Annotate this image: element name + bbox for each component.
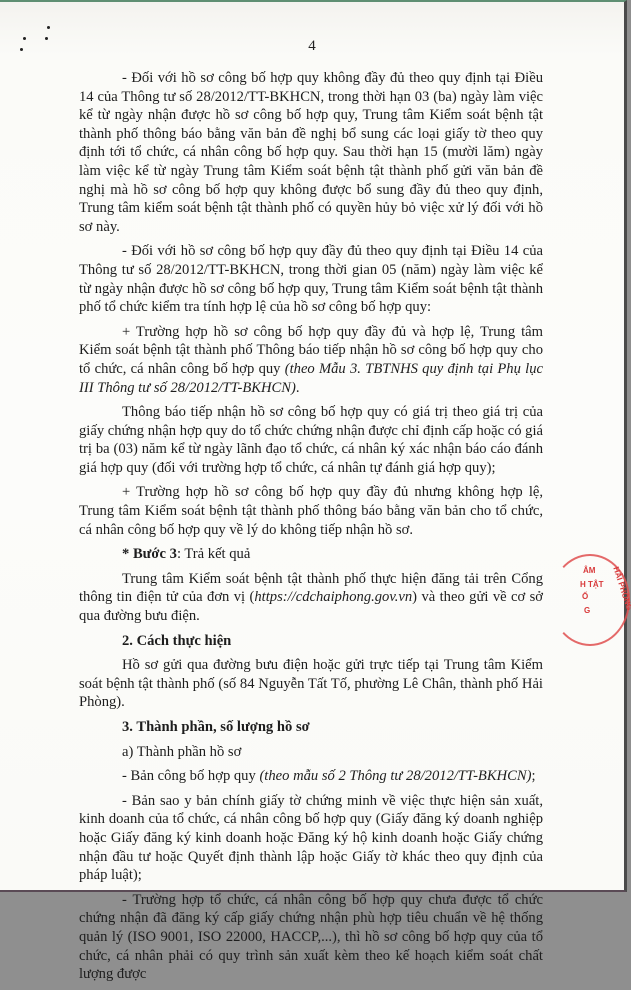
- section-heading: 3. Thành phần, số lượng hồ sơ: [79, 718, 543, 737]
- paragraph: Hồ sơ gửi qua đường bưu điện hoặc gửi tr…: [79, 656, 543, 712]
- paragraph-text: Thông báo tiếp nhận hồ sơ công bố hợp qu…: [79, 404, 543, 476]
- bold-text: * Bước 3: [122, 546, 177, 562]
- paragraph: - Bản sao y bản chính giấy tờ chứng minh…: [79, 792, 543, 885]
- paragraph-text: - Bản sao y bản chính giấy tờ chứng minh…: [79, 793, 543, 883]
- paragraph-text-tail: ;: [531, 768, 535, 784]
- paragraph-text: : Trả kết quả: [177, 546, 250, 562]
- bold-text: 3. Thành phần, số lượng hồ sơ: [122, 719, 310, 735]
- section-heading: 2. Cách thực hiện: [79, 632, 543, 651]
- paragraph: - Đối với hồ sơ công bố hợp quy không đầ…: [79, 69, 543, 236]
- paragraph-text: - Trường hợp tổ chức, cá nhân công bố hợ…: [79, 892, 543, 899]
- paragraph: - Đối với hồ sơ công bố hợp quy đầy đủ t…: [79, 242, 543, 316]
- paragraph: + Trường hợp hồ sơ công bố hợp quy đầy đ…: [79, 483, 543, 539]
- paragraph-text: - Đối với hồ sơ công bố hợp quy đầy đủ t…: [79, 243, 543, 315]
- paragraph: a) Thành phần hồ sơ: [79, 743, 543, 762]
- paragraph: + Trường hợp hồ sơ công bố hợp quy đầy đ…: [79, 323, 543, 397]
- paragraph-text-tail: .: [296, 380, 300, 396]
- seal-text-4: G: [584, 606, 590, 615]
- seal-text-2: H TẬT: [580, 580, 604, 589]
- paragraph: * Bước 3: Trả kết quả: [79, 545, 543, 564]
- paragraph-text: - Bản công bố hợp quy: [122, 768, 259, 784]
- seal-text-1: ÂM: [583, 566, 595, 575]
- paragraph: - Trường hợp tổ chức, cá nhân công bố hợ…: [79, 891, 543, 899]
- italic-text: (theo mẫu số 2 Thông tư 28/2012/TT-BKHCN…: [259, 768, 531, 784]
- italic-text[interactable]: https://cdchaiphong.gov.vn: [254, 589, 412, 605]
- paragraph: Thông báo tiếp nhận hồ sơ công bố hợp qu…: [79, 403, 543, 477]
- bold-text: 2. Cách thực hiện: [122, 633, 231, 649]
- paragraph: Trung tâm Kiểm soát bệnh tật thành phố t…: [79, 570, 543, 626]
- paragraph-text: a) Thành phần hồ sơ: [122, 744, 241, 760]
- paragraph: - Bản công bố hợp quy (theo mẫu số 2 Thô…: [79, 767, 543, 786]
- paragraph-text: Hồ sơ gửi qua đường bưu điện hoặc gửi tr…: [79, 657, 543, 710]
- document-body: - Đối với hồ sơ công bố hợp quy không đầ…: [79, 69, 543, 899]
- document-page: 4 - Đối với hồ sơ công bố hợp quy không …: [0, 0, 627, 892]
- page-number: 4: [0, 38, 624, 55]
- red-seal-stamp: ÂM H TẬT Ố G HẢI PHÒNG: [580, 554, 630, 644]
- seal-text-3: Ố: [582, 592, 588, 601]
- paragraph-text: + Trường hợp hồ sơ công bố hợp quy đầy đ…: [79, 484, 543, 537]
- paragraph-text: - Đối với hồ sơ công bố hợp quy không đầ…: [79, 70, 543, 235]
